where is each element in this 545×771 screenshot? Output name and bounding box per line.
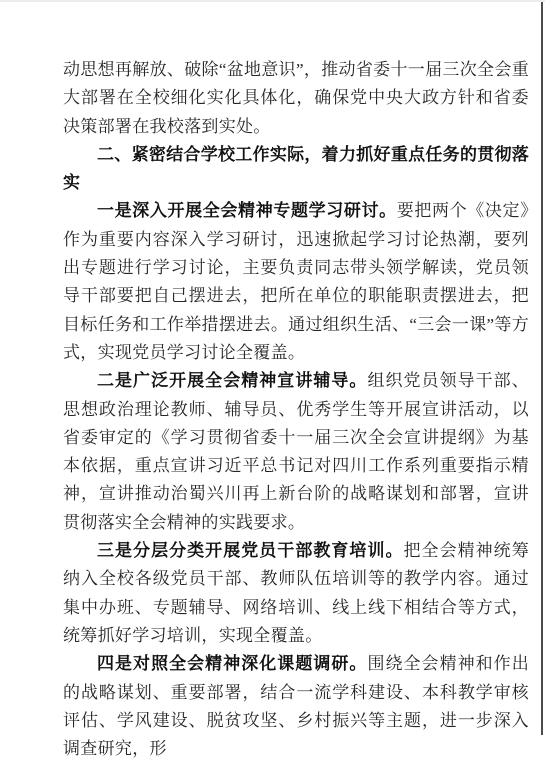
- paragraph-task-2-body: 组织党员领导干部、思想政治理论教师、辅导员、优秀学生等开展宣讲活动，以省委审定的…: [63, 371, 529, 531]
- paragraph-task-1-lead: 一是深入开展全会精神专题学习研讨。: [97, 201, 397, 220]
- page-top-edge: [0, 0, 545, 2]
- paragraph-task-4: 四是对照全会精神深化课题调研。围绕全会精神和作出的战略谋划、重要部署，结合一流学…: [63, 650, 529, 763]
- paragraph-task-3-lead: 三是分层分类开展党员干部教育培训。: [97, 541, 404, 560]
- section-heading: 二、紧密结合学校工作实际，着力抓好重点任务的贯彻落实: [63, 141, 529, 198]
- paragraph-continuation: 动思想再解放、破除“盆地意识”，推动省委十一届三次全会重大部署在全校细化实化具体…: [63, 56, 529, 141]
- paragraph-task-2-lead: 二是广泛开展全会精神宣讲辅导。: [97, 371, 367, 390]
- page-right-edge: [541, 2, 543, 735]
- paragraph-task-1-body: 要把两个《决定》作为重要内容深入学习研讨，迅速掀起学习讨论热潮，要列出专题进行学…: [63, 201, 529, 361]
- document-text-block: 动思想再解放、破除“盆地意识”，推动省委十一届三次全会重大部署在全校细化实化具体…: [63, 56, 529, 763]
- paragraph-task-3: 三是分层分类开展党员干部教育培训。把全会精神统筹纳入全校各级党员干部、教师队伍培…: [63, 537, 529, 650]
- paragraph-task-1: 一是深入开展全会精神专题学习研讨。要把两个《决定》作为重要内容深入学习研讨，迅速…: [63, 197, 529, 367]
- paragraph-task-4-lead: 四是对照全会精神深化课题调研。: [97, 654, 367, 673]
- paragraph-task-2: 二是广泛开展全会精神宣讲辅导。组织党员领导干部、思想政治理论教师、辅导员、优秀学…: [63, 367, 529, 537]
- document-page: 动思想再解放、破除“盆地意识”，推动省委十一届三次全会重大部署在全校细化实化具体…: [0, 0, 545, 771]
